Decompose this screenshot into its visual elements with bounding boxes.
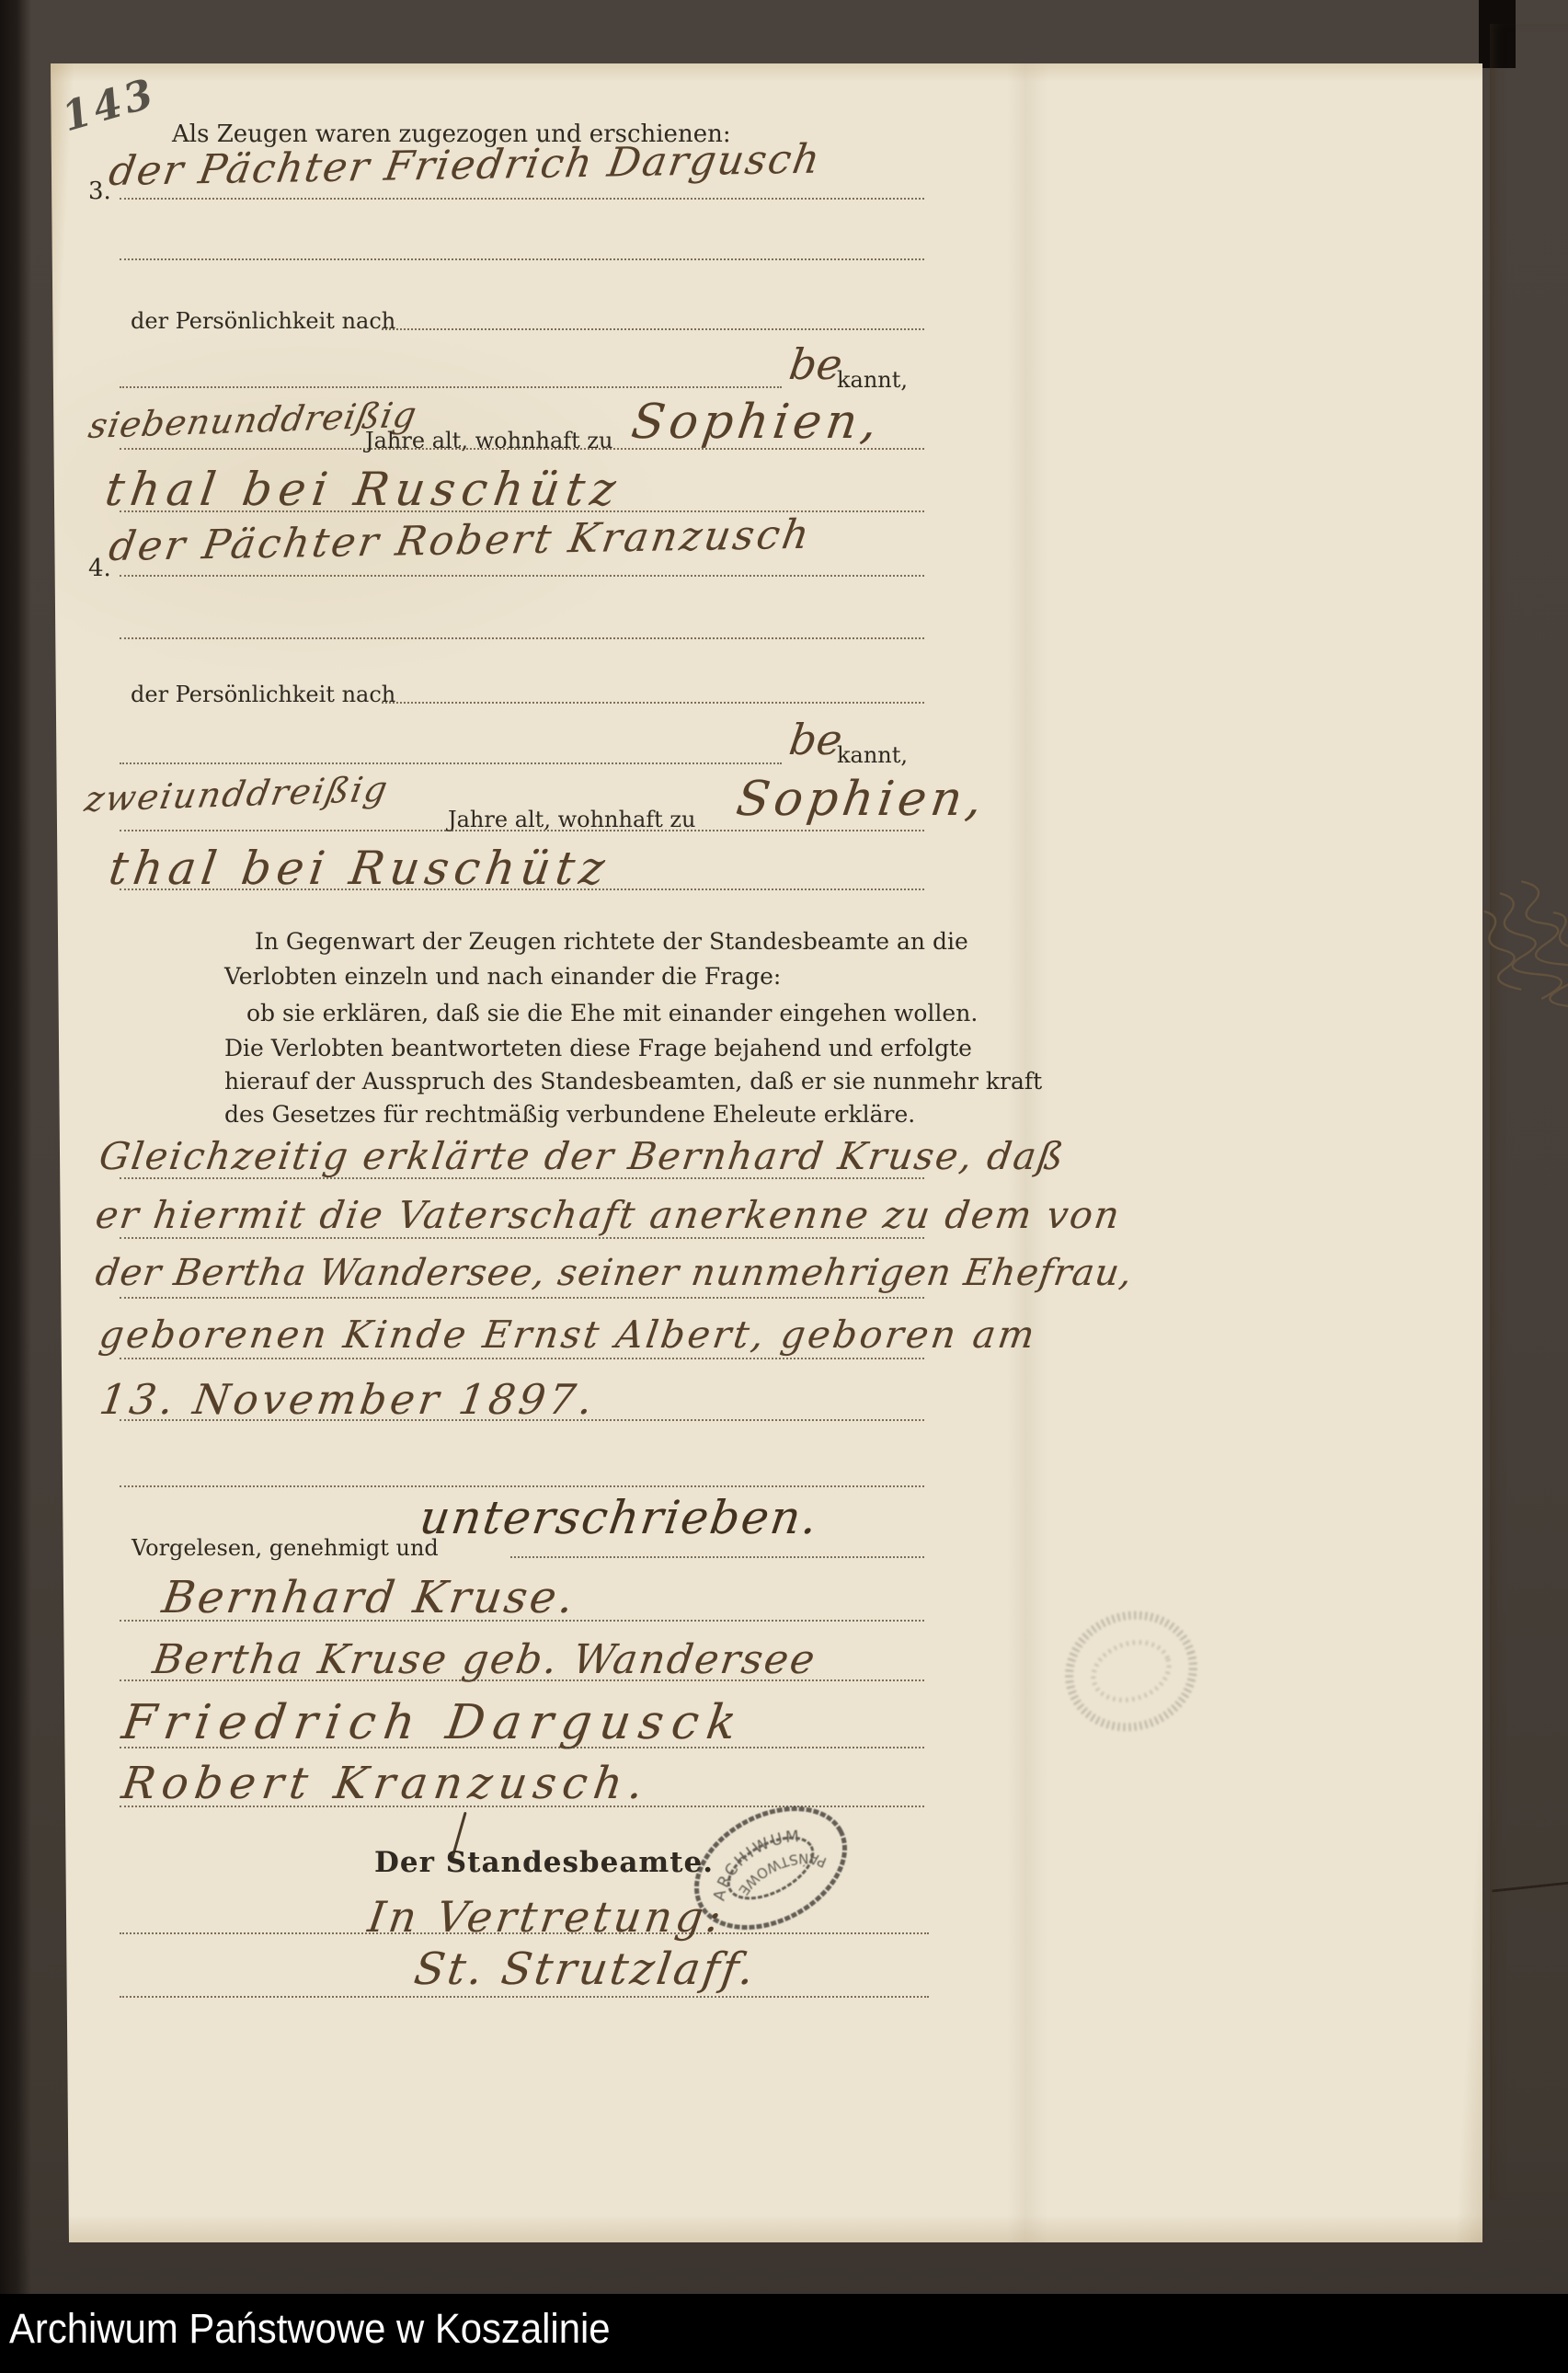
archive-stamp: ARCHIWUM PAŃSTWOWE bbox=[679, 1790, 863, 1946]
signature: Bertha Kruse geb. Wandersee bbox=[150, 1636, 819, 1683]
dotted-line bbox=[120, 888, 924, 890]
scanned-register-page: 143 Als Zeugen waren zugezogen und ersch… bbox=[0, 0, 1568, 2373]
dotted-line bbox=[120, 386, 782, 388]
witness3-known-print: kannt, bbox=[837, 367, 908, 393]
signature: Robert Kranzusch. bbox=[119, 1758, 653, 1809]
closing-handwritten: unterschrieben. bbox=[417, 1491, 822, 1544]
closing-printed: Vorgelesen, genehmigt und bbox=[132, 1535, 439, 1561]
witness4-age-hand: zweiunddreißig bbox=[82, 769, 393, 820]
dotted-line bbox=[120, 1485, 924, 1487]
declaration-line: Gleichzeitig erklärte der Bernhard Kruse… bbox=[97, 1134, 1068, 1178]
caption-bar: Archiwum Państwowe w Koszalinie bbox=[0, 2294, 1568, 2373]
declaration-line: 13. November 1897. bbox=[97, 1375, 600, 1424]
dotted-line bbox=[120, 258, 924, 260]
witness4-age-print: Jahre alt, wohnhaft zu bbox=[448, 807, 696, 832]
witness4-known-print: kannt, bbox=[837, 742, 908, 768]
dotted-line bbox=[120, 1177, 924, 1179]
statement-line: ob sie erklären, daß sie die Ehe mit ein… bbox=[246, 1000, 978, 1026]
dotted-line bbox=[120, 637, 924, 639]
witness3-residence2: thal bei Ruschütz bbox=[102, 463, 625, 516]
signature: Friedrich Dargusck bbox=[119, 1695, 748, 1750]
facing-page-edge bbox=[1490, 24, 1568, 2200]
witness3-identity-label: der Persönlichkeit nach bbox=[131, 308, 395, 334]
witness3-residence1: Sophien, bbox=[628, 395, 886, 450]
statement-line: hierauf der Ausspruch des Standesbeamten… bbox=[224, 1068, 1042, 1095]
dotted-line bbox=[120, 1747, 924, 1748]
ink-stroke-bleed bbox=[1492, 1882, 1568, 1893]
declaration-line: er hiermit die Vaterschaft anerkenne zu … bbox=[93, 1193, 1124, 1237]
statement-line: Die Verlobten beantworteten diese Frage … bbox=[224, 1035, 972, 1061]
deputy-signature: St. Strutzlaff. bbox=[411, 1943, 760, 1995]
dotted-line bbox=[120, 1620, 924, 1622]
dotted-line bbox=[120, 1297, 924, 1299]
witness4-residence2: thal bei Ruschütz bbox=[106, 842, 613, 895]
dotted-line bbox=[120, 1996, 929, 1998]
declaration-line: der Bertha Wandersee, seiner nunmehrigen… bbox=[93, 1252, 1136, 1294]
archive-caption: Archiwum Państwowe w Koszalinie bbox=[9, 2305, 611, 2353]
dotted-line bbox=[510, 1556, 924, 1558]
statement-line: Verlobten einzeln und nach einander die … bbox=[224, 963, 781, 990]
book-cover-edge bbox=[0, 0, 31, 2373]
dotted-line bbox=[120, 762, 782, 764]
page-number: 143 bbox=[57, 70, 162, 142]
dotted-line bbox=[120, 1237, 924, 1239]
faint-stamp bbox=[1053, 1596, 1209, 1748]
dotted-line bbox=[120, 1358, 924, 1359]
dotted-line bbox=[382, 328, 924, 330]
dotted-line bbox=[120, 448, 924, 450]
dotted-line bbox=[120, 1419, 924, 1421]
witness4-residence1: Sophien, bbox=[733, 772, 990, 827]
dotted-line bbox=[120, 198, 924, 200]
witness4-name-entry: der Pächter Robert Kranzusch bbox=[106, 511, 815, 570]
dotted-line bbox=[120, 830, 924, 831]
dotted-line bbox=[120, 1679, 924, 1681]
signature: Bernhard Kruse. bbox=[159, 1572, 579, 1623]
register-page: 143 Als Zeugen waren zugezogen und ersch… bbox=[51, 63, 1482, 2242]
dotted-line bbox=[120, 575, 924, 577]
witness4-identity-label: der Persönlichkeit nach bbox=[131, 682, 395, 707]
dotted-line bbox=[382, 702, 924, 704]
registrar-title: Der Standesbeamte. bbox=[374, 1846, 714, 1879]
statement-line: In Gegenwart der Zeugen richtete der Sta… bbox=[255, 928, 968, 955]
declaration-line: geborenen Kinde Ernst Albert, geboren am bbox=[97, 1313, 1040, 1357]
statement-line: des Gesetzes für rechtmäßig verbundene E… bbox=[224, 1101, 915, 1128]
